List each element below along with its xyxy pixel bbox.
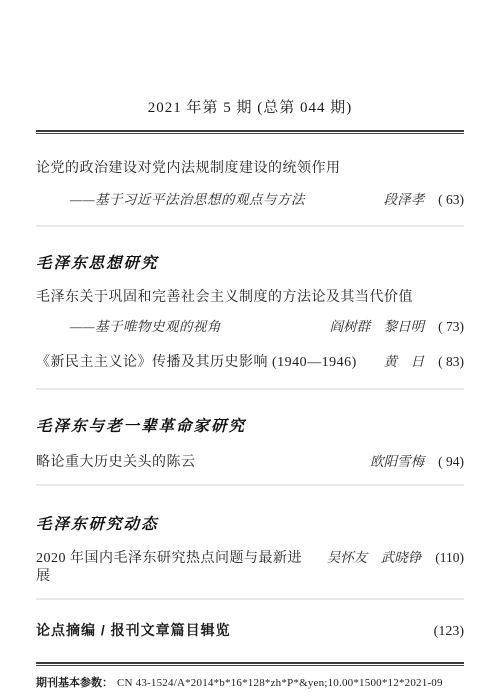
author-page-group: 黄 日 ( 83) bbox=[372, 350, 464, 371]
section-divider bbox=[36, 484, 464, 486]
article-authors: 吴怀友 武晓铮 bbox=[327, 550, 422, 565]
journal-parameters-line: 期刊基本参数：CN 43-1524/A*2014*b*16*128*zh*P*&… bbox=[36, 676, 464, 691]
article-title: 略论重大历史关头的陈云 bbox=[36, 454, 196, 472]
issue-header: 2021 年第 5 期 (总第 044 期) bbox=[36, 98, 464, 118]
article-authors: 欧阳雪梅 bbox=[370, 454, 424, 469]
section-divider bbox=[36, 225, 464, 227]
article-authors: 段泽孝 bbox=[384, 192, 425, 207]
article-authors: 黄 日 bbox=[384, 354, 425, 369]
section-heading-mao-thought: 毛泽东思想研究 bbox=[36, 251, 464, 273]
author-page-group: 阎树群 黎日明 ( 73) bbox=[318, 315, 464, 336]
toc-entry: 毛泽东关于巩固和完善社会主义制度的方法论及其当代价值 ——基于唯物史观的视角 阎… bbox=[36, 289, 464, 336]
article-subtitle: ——基于唯物史观的视角 bbox=[36, 318, 221, 336]
author-page-group: 吴怀友 武晓铮 (110) bbox=[315, 546, 464, 567]
article-authors: 阎树群 黎日明 bbox=[330, 319, 425, 334]
footer-divider bbox=[36, 662, 464, 666]
section-divider bbox=[36, 388, 464, 390]
article-title: 《新民主主义论》传播及其历史影响 (1940—1946) bbox=[36, 354, 357, 372]
article-page-number: (110) bbox=[435, 550, 464, 565]
journal-parameters-label: 期刊基本参数： bbox=[36, 677, 113, 689]
back-matter-page-number: (123) bbox=[434, 624, 464, 640]
article-page-number: ( 63) bbox=[438, 192, 464, 207]
article-page-number: ( 83) bbox=[438, 354, 464, 369]
toc-entry: 《新民主主义论》传播及其历史影响 (1940—1946) 黄 日 ( 83) bbox=[36, 350, 464, 372]
journal-parameters-value: CN 43-1524/A*2014*b*16*128*zh*P*&yen;10.… bbox=[117, 677, 443, 689]
toc-entry: 论党的政治建设对党内法规制度建设的统领作用 ——基于习近平法治思想的观点与方法 … bbox=[36, 160, 464, 209]
toc-entry: 2020 年国内毛泽东研究热点问题与最新进展 吴怀友 武晓铮 (110) bbox=[36, 546, 464, 586]
article-subtitle: ——基于习近平法治思想的观点与方法 bbox=[36, 191, 305, 209]
article-title: 毛泽东关于巩固和完善社会主义制度的方法论及其当代价值 bbox=[36, 289, 413, 307]
author-page-group: 段泽孝 ( 63) bbox=[372, 188, 464, 209]
article-page-number: ( 73) bbox=[438, 319, 464, 334]
header-divider bbox=[36, 130, 464, 134]
article-title: 2020 年国内毛泽东研究热点问题与最新进展 bbox=[36, 550, 315, 586]
back-matter-entry: 论点摘编 / 报刊文章篇目辑览 (123) bbox=[36, 620, 464, 640]
article-page-number: ( 94) bbox=[438, 454, 464, 469]
section-divider bbox=[36, 598, 464, 600]
toc-entry: 略论重大历史关头的陈云 欧阳雪梅 ( 94) bbox=[36, 450, 464, 472]
section-heading-revolutionaries: 毛泽东与老一辈革命家研究 bbox=[36, 414, 464, 436]
article-title: 论党的政治建设对党内法规制度建设的统领作用 bbox=[36, 160, 341, 178]
author-page-group: 欧阳雪梅 ( 94) bbox=[358, 450, 464, 471]
section-heading-research-trends: 毛泽东研究动态 bbox=[36, 512, 464, 534]
back-matter-title: 论点摘编 / 报刊文章篇目辑览 bbox=[36, 620, 231, 640]
journal-toc-page: 2021 年第 5 期 (总第 044 期) 论党的政治建设对党内法规制度建设的… bbox=[0, 0, 500, 700]
